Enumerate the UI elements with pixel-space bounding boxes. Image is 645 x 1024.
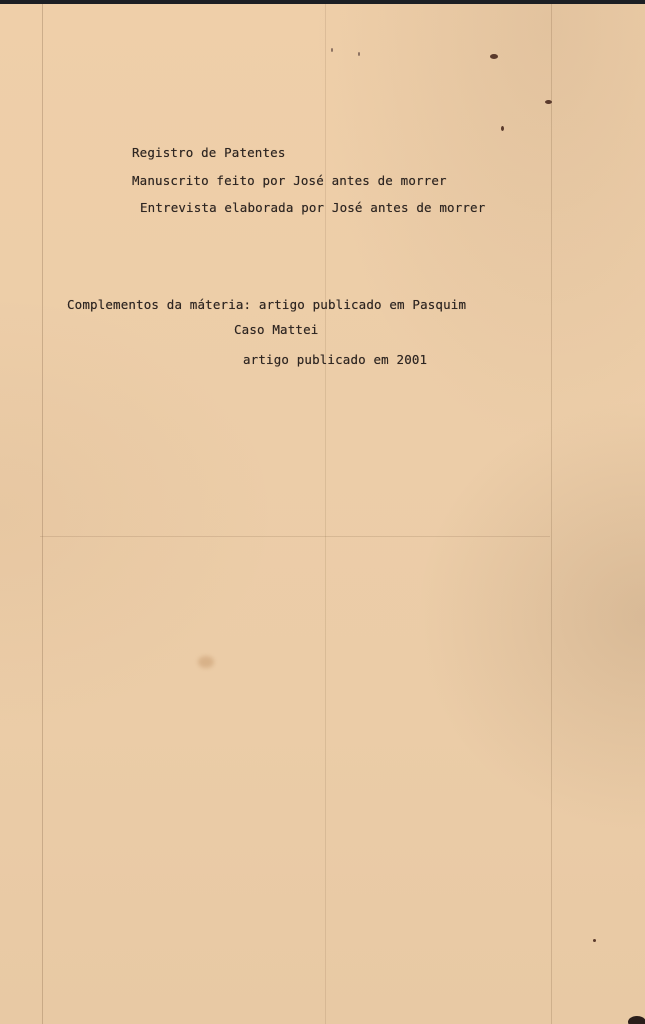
ink-speck bbox=[501, 126, 504, 131]
ink-speck bbox=[545, 100, 552, 104]
ink-speck bbox=[331, 48, 333, 52]
horizontal-fold bbox=[40, 536, 550, 537]
typed-line-complementos: Complementos da máteria: artigo publicad… bbox=[67, 297, 466, 312]
typed-line-artigo-2001: artigo publicado em 2001 bbox=[243, 352, 427, 367]
center-fold bbox=[325, 4, 326, 1024]
typed-line-caso-mattei: Caso Mattei bbox=[234, 322, 318, 337]
left-margin-crease bbox=[42, 4, 43, 1024]
typewritten-page: Registro de Patentes Manuscrito feito po… bbox=[0, 4, 645, 1024]
typed-line-manuscrito: Manuscrito feito por José antes de morre… bbox=[132, 173, 447, 188]
corner-damage bbox=[628, 1016, 645, 1024]
typed-line-entrevista: Entrevista elaborada por José antes de m… bbox=[140, 200, 485, 215]
right-margin-crease bbox=[551, 4, 552, 1024]
typed-line-registro: Registro de Patentes bbox=[132, 145, 286, 160]
paper-stain bbox=[198, 656, 214, 668]
ink-speck bbox=[358, 52, 360, 56]
ink-speck bbox=[490, 54, 498, 59]
ink-speck bbox=[593, 939, 596, 942]
